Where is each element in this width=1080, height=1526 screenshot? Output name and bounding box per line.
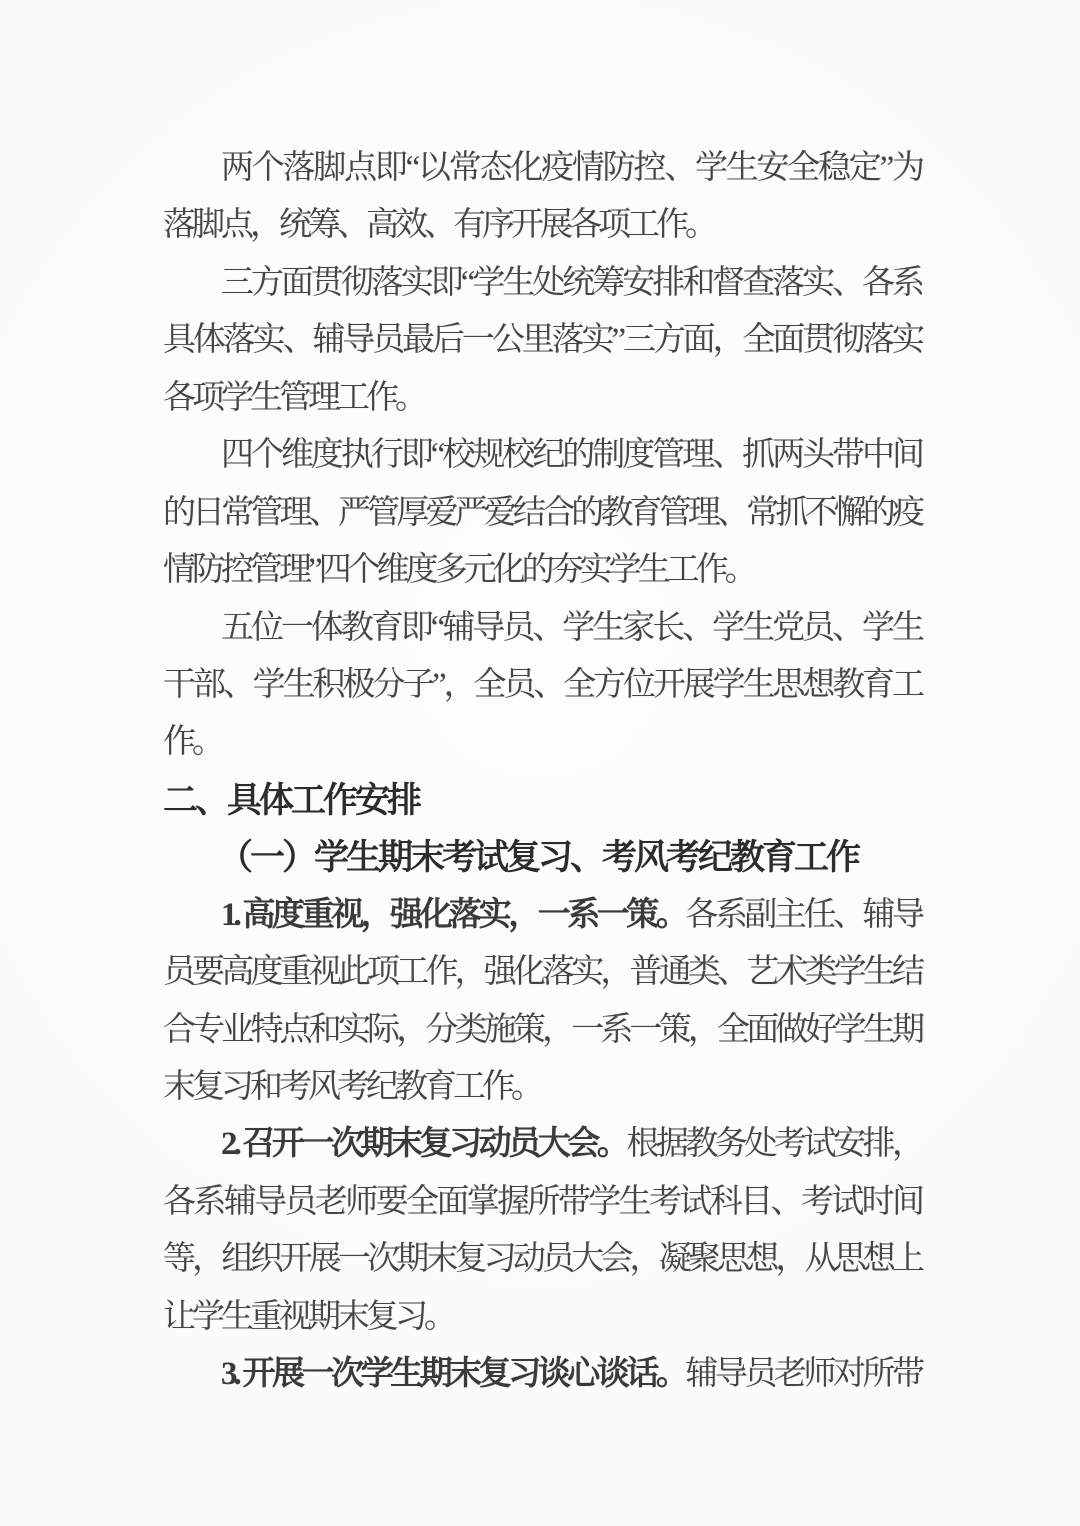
document-line: 的日常管理、严管厚爱严爱结合的教育管理、常抓不懈的疫	[163, 485, 921, 542]
document-line: 干部、学生积极分子”，全员、全方位开展学生思想教育工	[163, 657, 921, 714]
document-line: 员要高度重视此项工作，强化落实，普通类、艺术类学生结	[163, 944, 921, 1001]
document-line: 1. 高度重视，强化落实，一系一策。各系副主任、辅导	[163, 887, 921, 944]
document-line: 各系辅导员老师要全面掌握所带学生考试科目、考试时间	[163, 1174, 921, 1231]
document-line: 五位一体教育即“辅导员、学生家长、学生党员、学生	[163, 600, 921, 657]
document-line: 两个落脚点即“以常态化疫情防控、学生安全稳定”为	[163, 140, 921, 197]
document-line: 合专业特点和实际，分类施策，一系一策，全面做好学生期	[163, 1002, 921, 1059]
document-line: 末复习和考风考纪教育工作。	[163, 1059, 921, 1116]
numbered-lead: 2. 召开一次期末复习动员大会。	[221, 1126, 626, 1162]
document-page: 两个落脚点即“以常态化疫情防控、学生安全稳定”为 落脚点，统筹、高效、有序开展各…	[163, 140, 921, 1404]
document-line: 让学生重视期末复习。	[163, 1289, 921, 1346]
document-line: 情防控管理”四个维度多元化的夯实学生工作。	[163, 542, 921, 599]
document-line: 落脚点，统筹、高效、有序开展各项工作。	[163, 197, 921, 254]
line-text: 辅导员老师对所带	[685, 1356, 921, 1392]
document-line: 3. 开展一次学生期末复习谈心谈话。辅导员老师对所带	[163, 1346, 921, 1403]
line-text: 根据教务处考试安排，	[626, 1126, 921, 1162]
document-line: 等，组织开展一次期末复习动员大会，凝聚思想，从思想上	[163, 1231, 921, 1288]
numbered-lead: 1. 高度重视，强化落实，一系一策。	[221, 897, 685, 933]
document-line: 四个维度执行即“校规校纪的制度管理、抓两头带中间	[163, 427, 921, 484]
subsection-heading: （一）学生期末考试复习、考风考纪教育工作	[163, 829, 921, 886]
document-line: 三方面贯彻落实即“学生处统筹安排和督查落实、各系	[163, 255, 921, 312]
document-line: 作。	[163, 714, 921, 771]
document-line: 各项学生管理工作。	[163, 370, 921, 427]
document-line: 具体落实、辅导员最后一公里落实”三方面，全面贯彻落实	[163, 312, 921, 369]
document-line: 2. 召开一次期末复习动员大会。根据教务处考试安排，	[163, 1116, 921, 1173]
section-heading: 二、具体工作安排	[163, 772, 921, 829]
line-text: 各系副主任、辅导	[685, 897, 921, 933]
numbered-lead: 3. 开展一次学生期末复习谈心谈话。	[221, 1356, 685, 1392]
